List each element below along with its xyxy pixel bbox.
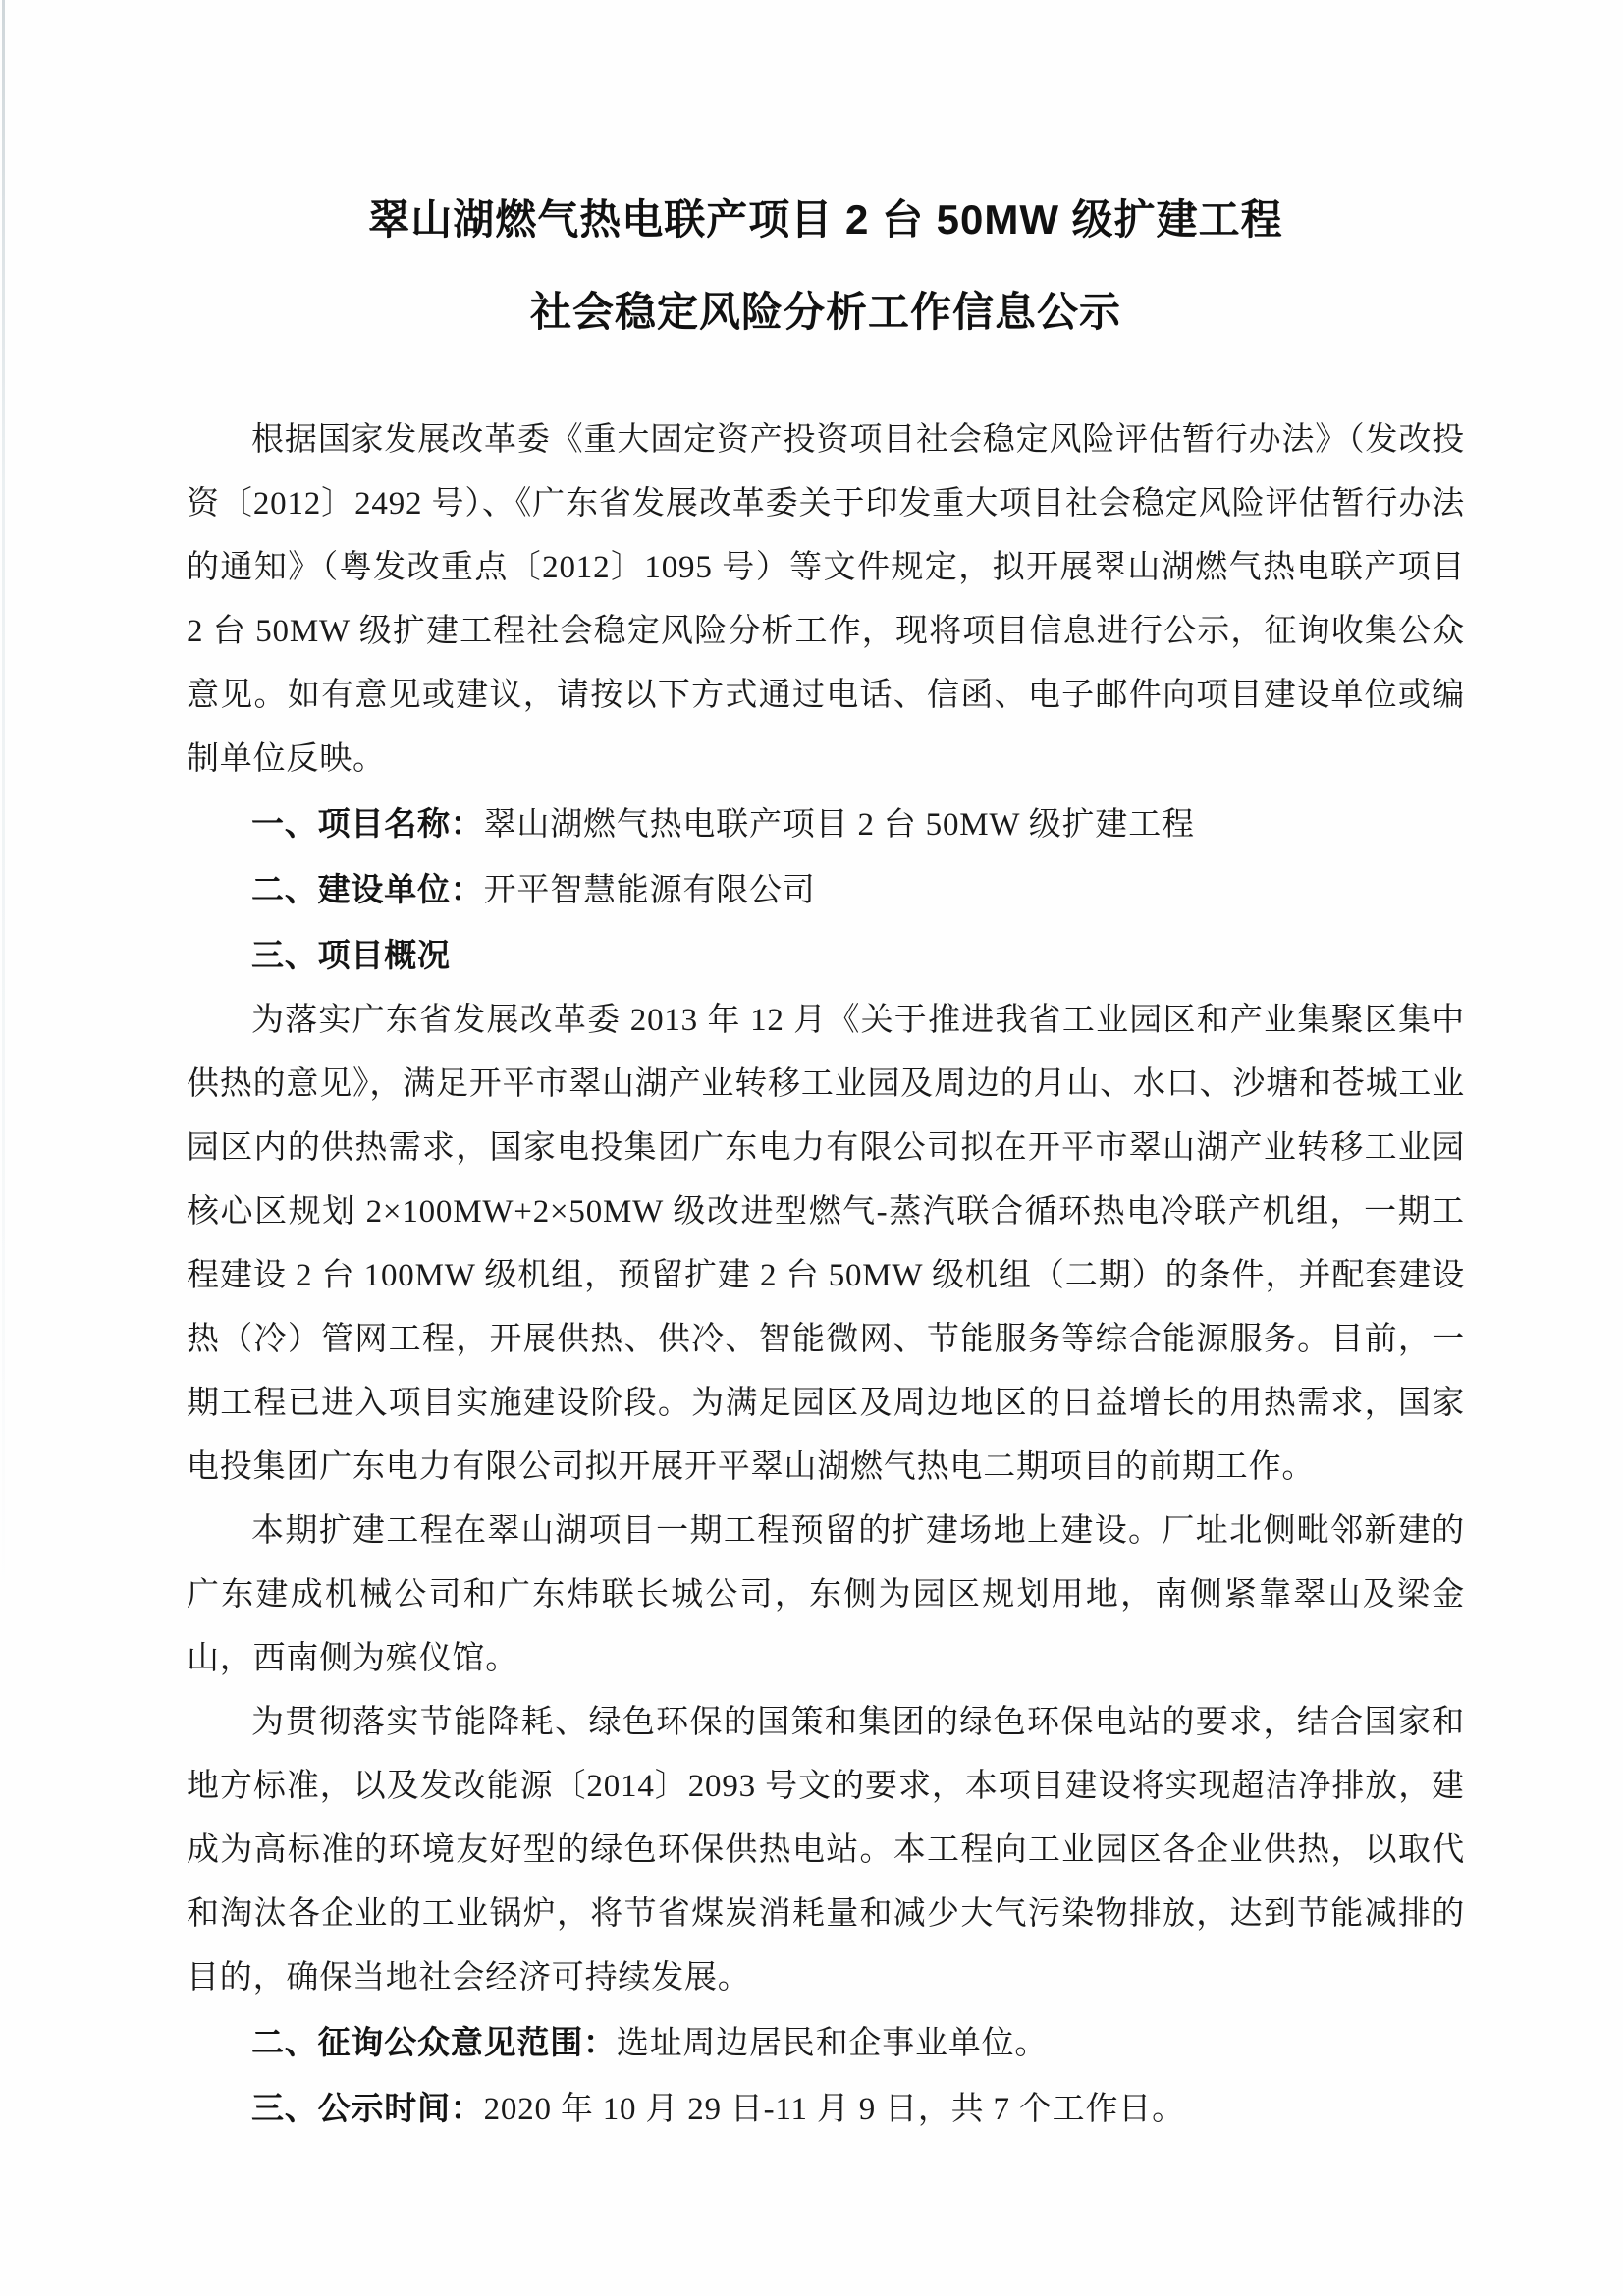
overview-paragraph-3: 为贯彻落实节能降耗、绿色环保的国策和集团的绿色环保电站的要求，结合国家和地方标准…	[187, 1691, 1465, 2010]
document-content: 翠山湖燃气热电联产项目 2 台 50MW 级扩建工程 社会稳定风险分析工作信息公…	[187, 0, 1465, 2142]
item-consult-scope-label: 二、征询公众意见范围：	[251, 2024, 617, 2060]
overview-paragraph-2: 本期扩建工程在翠山湖项目一期工程预留的扩建场地上建设。厂址北侧毗邻新建的广东建成…	[187, 1500, 1465, 1691]
item-publicity-time-value: 2020 年 10 月 29 日-11 月 9 日，共 7 个工作日。	[484, 2092, 1185, 2127]
item-overview-label: 三、项目概况	[251, 937, 451, 973]
item-project-name: 一、项目名称：翠山湖燃气热电联产项目 2 台 50MW 级扩建工程	[187, 792, 1465, 857]
document-title-line1: 翠山湖燃气热电联产项目 2 台 50MW 级扩建工程	[187, 194, 1465, 246]
item-builder-label: 二、建设单位：	[251, 871, 484, 907]
item-publicity-time-label: 三、公示时间：	[251, 2090, 484, 2126]
item-overview-heading: 三、项目概况	[187, 923, 1465, 989]
document-body: 根据国家发展改革委《重大固定资产投资项目社会稳定风险评估暂行办法》（发改投资〔2…	[187, 409, 1465, 2142]
item-consult-scope: 二、征询公众意见范围：选址周边居民和企事业单位。	[187, 2010, 1465, 2076]
item-project-name-label: 一、项目名称：	[251, 805, 484, 842]
item-builder: 二、建设单位：开平智慧能源有限公司	[187, 857, 1465, 923]
intro-paragraph: 根据国家发展改革委《重大固定资产投资项目社会稳定风险评估暂行办法》（发改投资〔2…	[187, 409, 1465, 792]
item-project-name-value: 翠山湖燃气热电联产项目 2 台 50MW 级扩建工程	[484, 807, 1195, 843]
document-title-line2: 社会稳定风险分析工作信息公示	[187, 287, 1465, 338]
item-consult-scope-value: 选址周边居民和企事业单位。	[617, 2026, 1048, 2061]
notice-document-page: 翠山湖燃气热电联产项目 2 台 50MW 级扩建工程 社会稳定风险分析工作信息公…	[0, 0, 1623, 2296]
item-builder-value: 开平智慧能源有限公司	[484, 873, 816, 908]
item-publicity-time: 三、公示时间：2020 年 10 月 29 日-11 月 9 日，共 7 个工作…	[187, 2076, 1465, 2142]
scan-edge-artifact	[2, 0, 5, 1611]
overview-paragraph-1: 为落实广东省发展改革委 2013 年 12 月《关于推进我省工业园区和产业集聚区…	[187, 989, 1465, 1500]
